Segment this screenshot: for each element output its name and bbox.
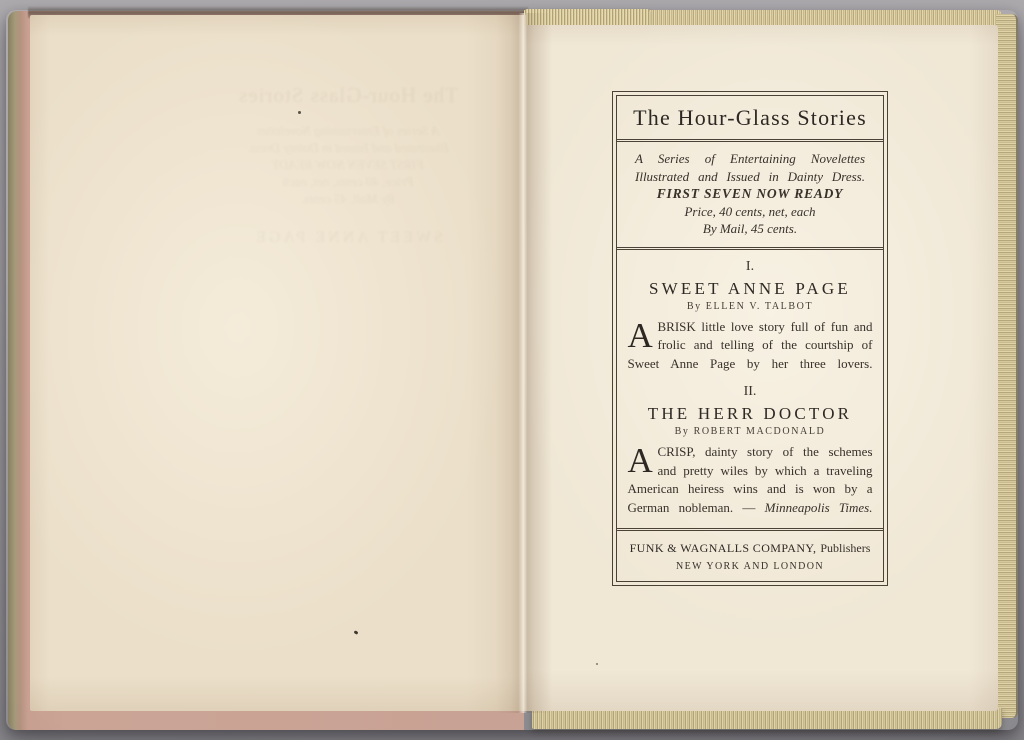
- double-rule: [617, 247, 883, 250]
- listing-byline: By ELLEN V. TALBOT: [617, 301, 883, 313]
- listing-byline: By ROBERT MACDONALD: [617, 426, 883, 438]
- series-price-line: Price, 40 cents, net, each: [635, 203, 865, 221]
- advertisement-box: The Hour-Glass Stories A Series of Enter…: [612, 91, 888, 586]
- listing-numeral: II.: [617, 384, 883, 399]
- listing-title: THE HERR DOCTOR: [617, 404, 883, 424]
- listing-numeral: I.: [617, 259, 883, 274]
- photo-background: The Hour-Glass Stories A Series of Enter…: [0, 0, 1024, 740]
- page-showthrough: The Hour-Glass Stories A Series of Enter…: [208, 83, 488, 247]
- book-listing-1: I. SWEET ANNE PAGE By ELLEN V. TALBOT A …: [617, 259, 883, 374]
- description-line: CRISP, dainty story of the schemes: [658, 443, 873, 462]
- listing-description: A CRISP, dainty story of the schemes and…: [628, 443, 873, 517]
- paper-speck: [298, 111, 301, 114]
- paper-speck: [596, 663, 598, 665]
- publisher-cities: NEW YORK AND LONDON: [617, 561, 883, 572]
- advertisement-box-inner: The Hour-Glass Stories A Series of Enter…: [616, 95, 884, 582]
- right-advertisement-page: The Hour-Glass Stories A Series of Enter…: [524, 25, 998, 711]
- series-line: Illustrated and Issued in Dainty Dress.: [635, 168, 865, 186]
- description-line: German nobleman. — Minneapolis Times.: [628, 499, 873, 518]
- page-stack-edge-right: [996, 14, 1018, 718]
- book-listing-2: II. THE HERR DOCTOR By ROBERT MACDONALD …: [617, 384, 883, 517]
- showthrough-title: The Hour-Glass Stories: [208, 83, 488, 108]
- publisher-imprint: FUNK & WAGNALLS COMPANY, Publishers NEW …: [617, 531, 883, 581]
- series-description: A Series of Entertaining Novelettes Illu…: [617, 142, 883, 247]
- series-ready-line: FIRST SEVEN NOW READY: [635, 185, 865, 203]
- showthrough-line: Price, 40 cents, net, each: [208, 173, 488, 190]
- page-stack-edge-bottom: [532, 708, 1002, 729]
- series-title: The Hour-Glass Stories: [617, 96, 883, 139]
- publisher-line: FUNK & WAGNALLS COMPANY, Publishers: [617, 539, 883, 557]
- description-line: frolic and telling of the courtship of: [658, 336, 873, 355]
- publisher-name: FUNK & WAGNALLS COMPANY,: [630, 541, 817, 555]
- listing-title: SWEET ANNE PAGE: [617, 279, 883, 299]
- description-line: American heiress wins and is won by a: [628, 480, 873, 499]
- review-source: Minneapolis Times.: [765, 500, 873, 515]
- description-line: and pretty wiles by which a traveling: [658, 462, 873, 481]
- publisher-role: Publishers: [820, 541, 870, 555]
- showthrough-line: A Series of Entertaining Novelettes: [208, 122, 488, 139]
- showthrough-line: Illustrated and Issued in Dainty Dress.: [208, 139, 488, 156]
- drop-cap: A: [628, 318, 653, 353]
- left-blank-page: The Hour-Glass Stories A Series of Enter…: [30, 15, 526, 711]
- description-line: BRISK little love story full of fun and: [658, 318, 873, 337]
- paper-speck: [354, 630, 359, 635]
- description-line: Sweet Anne Page by her three lovers.: [628, 355, 873, 374]
- listing-description: A BRISK little love story full of fun an…: [628, 318, 873, 374]
- series-description-column: A Series of Entertaining Novelettes Illu…: [635, 150, 865, 238]
- showthrough-line: FIRST SEVEN NOW READY: [208, 156, 488, 173]
- showthrough-line: SWEET ANNE PAGE: [208, 229, 488, 247]
- showthrough-line: By Mail, 45 cents.: [208, 190, 488, 207]
- series-line: A Series of Entertaining Novelettes: [635, 150, 865, 168]
- series-mail-line: By Mail, 45 cents.: [635, 220, 865, 238]
- description-tail-plain: German nobleman. —: [628, 500, 756, 515]
- drop-cap: A: [628, 443, 653, 478]
